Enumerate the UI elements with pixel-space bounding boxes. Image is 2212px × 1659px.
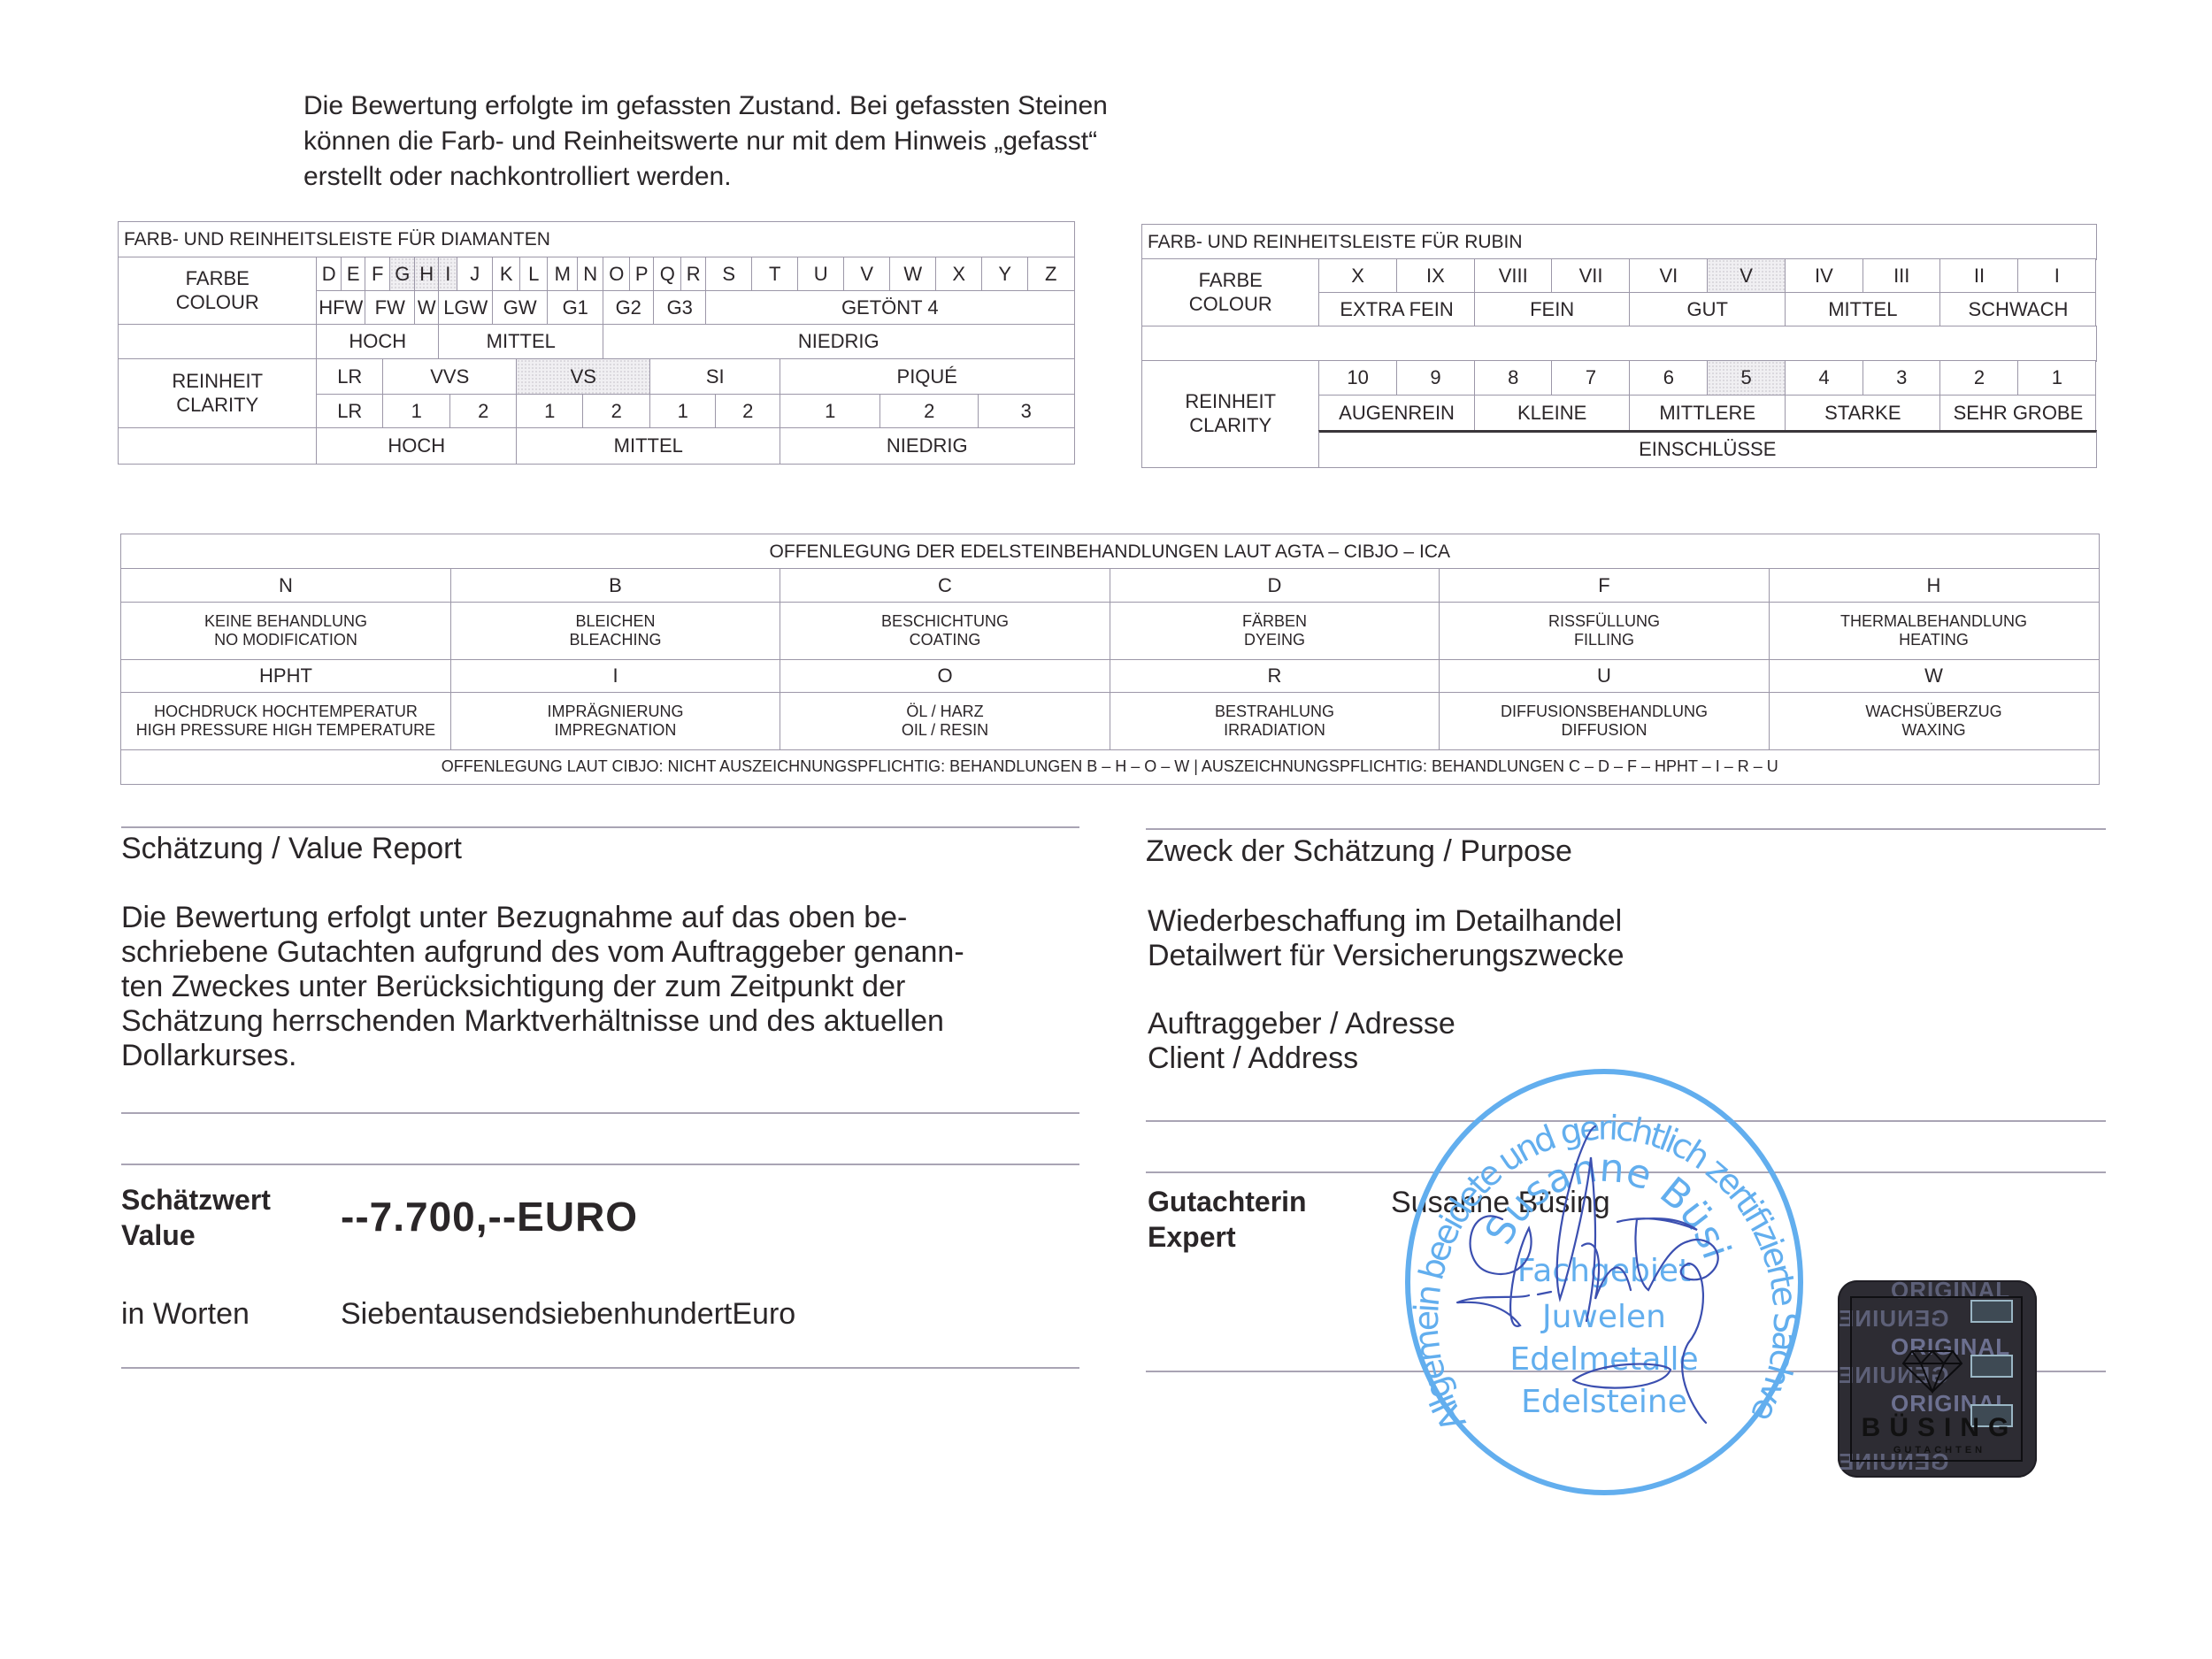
clarity-grade: SEHR GROBE (1939, 395, 2096, 432)
table-title: FARB- UND REINHEITSLEISTE FÜR RUBIN (1141, 224, 2097, 260)
colour-value: IX (1396, 258, 1475, 294)
colour-letter: W (889, 257, 937, 292)
treatment-code: D (1110, 568, 1440, 603)
colour-letter: E (341, 257, 366, 292)
clarity-grade: 1 (382, 394, 451, 429)
colour-value: X (1318, 258, 1397, 294)
colour-letter: R (680, 257, 707, 292)
treatment-description: BESCHICHTUNGCOATING (780, 602, 1110, 661)
purpose-line: Detailwert für Versicherungszwecke (1148, 939, 1624, 973)
row-label-clarity: REINHEITCLARITY (118, 358, 318, 429)
hologram-seal: ORIGINAL GENUINE ORIGINAL GENUINE ORIGIN… (1838, 1280, 2037, 1478)
treatment-description: FÄRBENDYEING (1110, 602, 1440, 661)
purpose-line: Wiederbeschaffung im Detailhandel (1148, 904, 1624, 939)
colour-grade: LGW (438, 290, 494, 326)
treatment-code: W (1769, 659, 2100, 694)
colour-letter: V (843, 257, 891, 292)
diamond-icon (1901, 1349, 1963, 1394)
disclosure-footer: OFFENLEGUNG LAUT CIBJO: NICHT AUSZEICHNU… (120, 749, 2100, 785)
clarity-level: NIEDRIG (780, 427, 1075, 465)
expert-label-de: Gutachterin (1148, 1184, 1307, 1219)
body-line: schriebene Gutachten aufgrund des vom Au… (121, 935, 1094, 970)
empty-cell (118, 427, 318, 465)
treatment-code: O (780, 659, 1110, 694)
clarity-grade: 2 (715, 394, 781, 429)
expert-label: Gutachterin Expert (1148, 1184, 1307, 1255)
intro-line: erstellt oder nachkontrolliert werden. (303, 159, 1206, 195)
colour-grade: G1 (547, 290, 604, 326)
in-words-value: SiebentausendsiebenhundertEuro (341, 1297, 795, 1332)
clarity-value: 4 (1785, 360, 1863, 396)
stamp-line: Edelsteine (1521, 1384, 1687, 1420)
colour-level: NIEDRIG (603, 324, 1075, 360)
colour-letter: Q (653, 257, 682, 292)
clarity-grade: 3 (978, 394, 1075, 429)
colour-grade: G3 (653, 290, 707, 326)
colour-letter: L (519, 257, 549, 292)
divider (1146, 828, 2106, 830)
treatment-description: THERMALBEHANDLUNGHEATING (1769, 602, 2100, 661)
treatment-code: U (1439, 659, 1770, 694)
clarity-value: 3 (1863, 360, 1941, 396)
treatment-code: H (1769, 568, 2100, 603)
colour-grade: FEIN (1474, 292, 1631, 327)
colour-letter: Y (981, 257, 1029, 292)
client-address-label: Auftraggeber / Adresse Client / Address (1148, 1007, 1455, 1076)
value-label-en: Value (121, 1217, 271, 1253)
clarity-grade: 2 (879, 394, 979, 429)
colour-letter: D (316, 257, 342, 292)
colour-grade: SCHWACH (1939, 292, 2096, 327)
appraised-value: --7.700,--EURO (341, 1193, 638, 1240)
treatment-code: HPHT (120, 659, 451, 694)
value-report-body: Die Bewertung erfolgt unter Bezugnahme a… (121, 901, 1094, 1073)
treatment-description: BLEICHENBLEACHING (450, 602, 781, 661)
intro-line: Die Bewertung erfolgte im gefassten Zust… (303, 88, 1206, 124)
clarity-value: 9 (1396, 360, 1475, 396)
treatment-code: B (450, 568, 781, 603)
clarity-grade: 1 (780, 394, 881, 429)
body-line: ten Zweckes unter Berücksichtigung der z… (121, 970, 1094, 1004)
treatment-code: I (450, 659, 781, 694)
treatment-description: IMPRÄGNIERUNGIMPREGNATION (450, 692, 781, 751)
colour-value: II (1939, 258, 2018, 294)
clarity-grade: 2 (582, 394, 651, 429)
clarity-value: 10 (1318, 360, 1397, 396)
treatment-code: R (1110, 659, 1440, 694)
colour-grade: GW (492, 290, 549, 326)
clarity-value: 2 (1939, 360, 2018, 396)
colour-letter: F (365, 257, 391, 292)
divider (121, 1112, 1079, 1114)
treatment-code: C (780, 568, 1110, 603)
value-report-title: Schätzung / Value Report (121, 832, 462, 866)
colour-letter: M (547, 257, 579, 292)
purpose-title: Zweck der Schätzung / Purpose (1146, 834, 1572, 869)
row-label-colour: FARBECOLOUR (1141, 258, 1320, 327)
colour-letter: Z (1027, 257, 1075, 292)
colour-value: IV (1785, 258, 1863, 294)
row-label-clarity: REINHEITCLARITY (1141, 360, 1320, 468)
colour-value: VII (1551, 258, 1630, 294)
colour-letter: U (797, 257, 845, 292)
value-label: Schätzwert Value (121, 1182, 271, 1253)
clarity-group: SI (649, 358, 781, 396)
seal-brand: BÜSING (1855, 1413, 2024, 1443)
colour-value: VI (1629, 258, 1708, 294)
seal-window (1970, 1300, 2013, 1323)
colour-letter: O (603, 257, 631, 292)
colour-value: V (1707, 258, 1786, 294)
clarity-grade: 1 (516, 394, 584, 429)
clarity-grade: AUGENREIN (1318, 395, 1475, 432)
value-label-de: Schätzwert (121, 1182, 271, 1217)
colour-letter: J (457, 257, 494, 292)
colour-grade: HFW (316, 290, 366, 326)
treatment-description: DIFFUSIONSBEHANDLUNGDIFFUSION (1439, 692, 1770, 751)
clarity-level: HOCH (316, 427, 518, 465)
colour-grade: MITTEL (1785, 292, 1941, 327)
colour-letter: I (438, 257, 458, 292)
clarity-grade: 1 (649, 394, 717, 429)
colour-grade: G2 (603, 290, 655, 326)
treatment-description: HOCHDRUCK HOCHTEMPERATURHIGH PRESSURE HI… (120, 692, 451, 751)
treatment-description: KEINE BEHANDLUNGNO MODIFICATION (120, 602, 451, 661)
colour-letter: P (629, 257, 655, 292)
clarity-grade: KLEINE (1474, 395, 1631, 432)
colour-grade: GUT (1629, 292, 1786, 327)
clarity-footer: EINSCHLÜSSE (1318, 430, 2097, 468)
body-line: Dollarkurses. (121, 1039, 1094, 1073)
stamp-text: Allgemein beeidete und gerichtlich zerti… (1405, 1069, 1803, 1495)
table-title: OFFENLEGUNG DER EDELSTEINBEHANDLUNGEN LA… (120, 534, 2100, 570)
colour-letter: T (751, 257, 799, 292)
empty-row (1141, 326, 2097, 362)
colour-value: VIII (1474, 258, 1553, 294)
treatment-description: WACHSÜBERZUGWAXING (1769, 692, 2100, 751)
treatment-description: BESTRAHLUNGIRRADIATION (1110, 692, 1440, 751)
colour-level: MITTEL (438, 324, 604, 360)
colour-grade: GETÖNT 4 (705, 290, 1075, 326)
clarity-value: 7 (1551, 360, 1630, 396)
clarity-level: MITTEL (516, 427, 781, 465)
colour-value: III (1863, 258, 1941, 294)
treatment-code: N (120, 568, 451, 603)
clarity-value: 6 (1629, 360, 1708, 396)
clarity-grade: STARKE (1785, 395, 1941, 432)
in-words-label: in Worten (121, 1297, 250, 1332)
clarity-grade: MITTLERE (1629, 395, 1786, 432)
empty-cell (118, 324, 318, 360)
colour-letter: S (705, 257, 753, 292)
colour-grade: W (414, 290, 440, 326)
clarity-value: 1 (2017, 360, 2096, 396)
divider (121, 826, 1079, 828)
colour-grade: EXTRA FEIN (1318, 292, 1475, 327)
treatment-code: F (1439, 568, 1770, 603)
colour-letter: K (492, 257, 521, 292)
stamp-line: Juwelen (1540, 1299, 1666, 1335)
row-label-colour: FARBECOLOUR (118, 257, 318, 326)
colour-level: HOCH (316, 324, 440, 360)
treatment-description: ÖL / HARZOIL / RESIN (780, 692, 1110, 751)
clarity-group: VVS (382, 358, 518, 396)
expert-label-en: Expert (1148, 1219, 1307, 1255)
body-line: Die Bewertung erfolgt unter Bezugnahme a… (121, 901, 1094, 935)
clarity-group: VS (516, 358, 651, 396)
clarity-grade: 2 (449, 394, 518, 429)
intro-note: Die Bewertung erfolgte im gefassten Zust… (303, 88, 1206, 195)
colour-letter: G (389, 257, 416, 292)
purpose-lines: Wiederbeschaffung im Detailhandel Detail… (1148, 904, 1624, 973)
treatment-description: RISSFÜLLUNGFILLING (1439, 602, 1770, 661)
colour-letter: H (414, 257, 440, 292)
clarity-grade: LR (316, 394, 384, 429)
clarity-group: PIQUÉ (780, 358, 1075, 396)
seal-window (1970, 1355, 2013, 1378)
divider (121, 1367, 1079, 1369)
seal-subtitle: GUTACHTEN (1855, 1445, 2024, 1455)
colour-letter: N (577, 257, 604, 292)
clarity-value: 5 (1707, 360, 1786, 396)
intro-line: können die Farb- und Reinheitswerte nur … (303, 124, 1206, 159)
clarity-group: LR (316, 358, 384, 396)
colour-value: I (2017, 258, 2096, 294)
client-label-de: Auftraggeber / Adresse (1148, 1007, 1455, 1041)
divider (121, 1164, 1079, 1165)
body-line: Schätzung herrschenden Marktverhältnisse… (121, 1004, 1094, 1039)
colour-letter: X (935, 257, 983, 292)
clarity-value: 8 (1474, 360, 1553, 396)
colour-grade: FW (365, 290, 416, 326)
stamp-line: Fachgebiet (1517, 1253, 1691, 1289)
table-title: FARB- UND REINHEITSLEISTE FÜR DIAMANTEN (118, 221, 1075, 258)
